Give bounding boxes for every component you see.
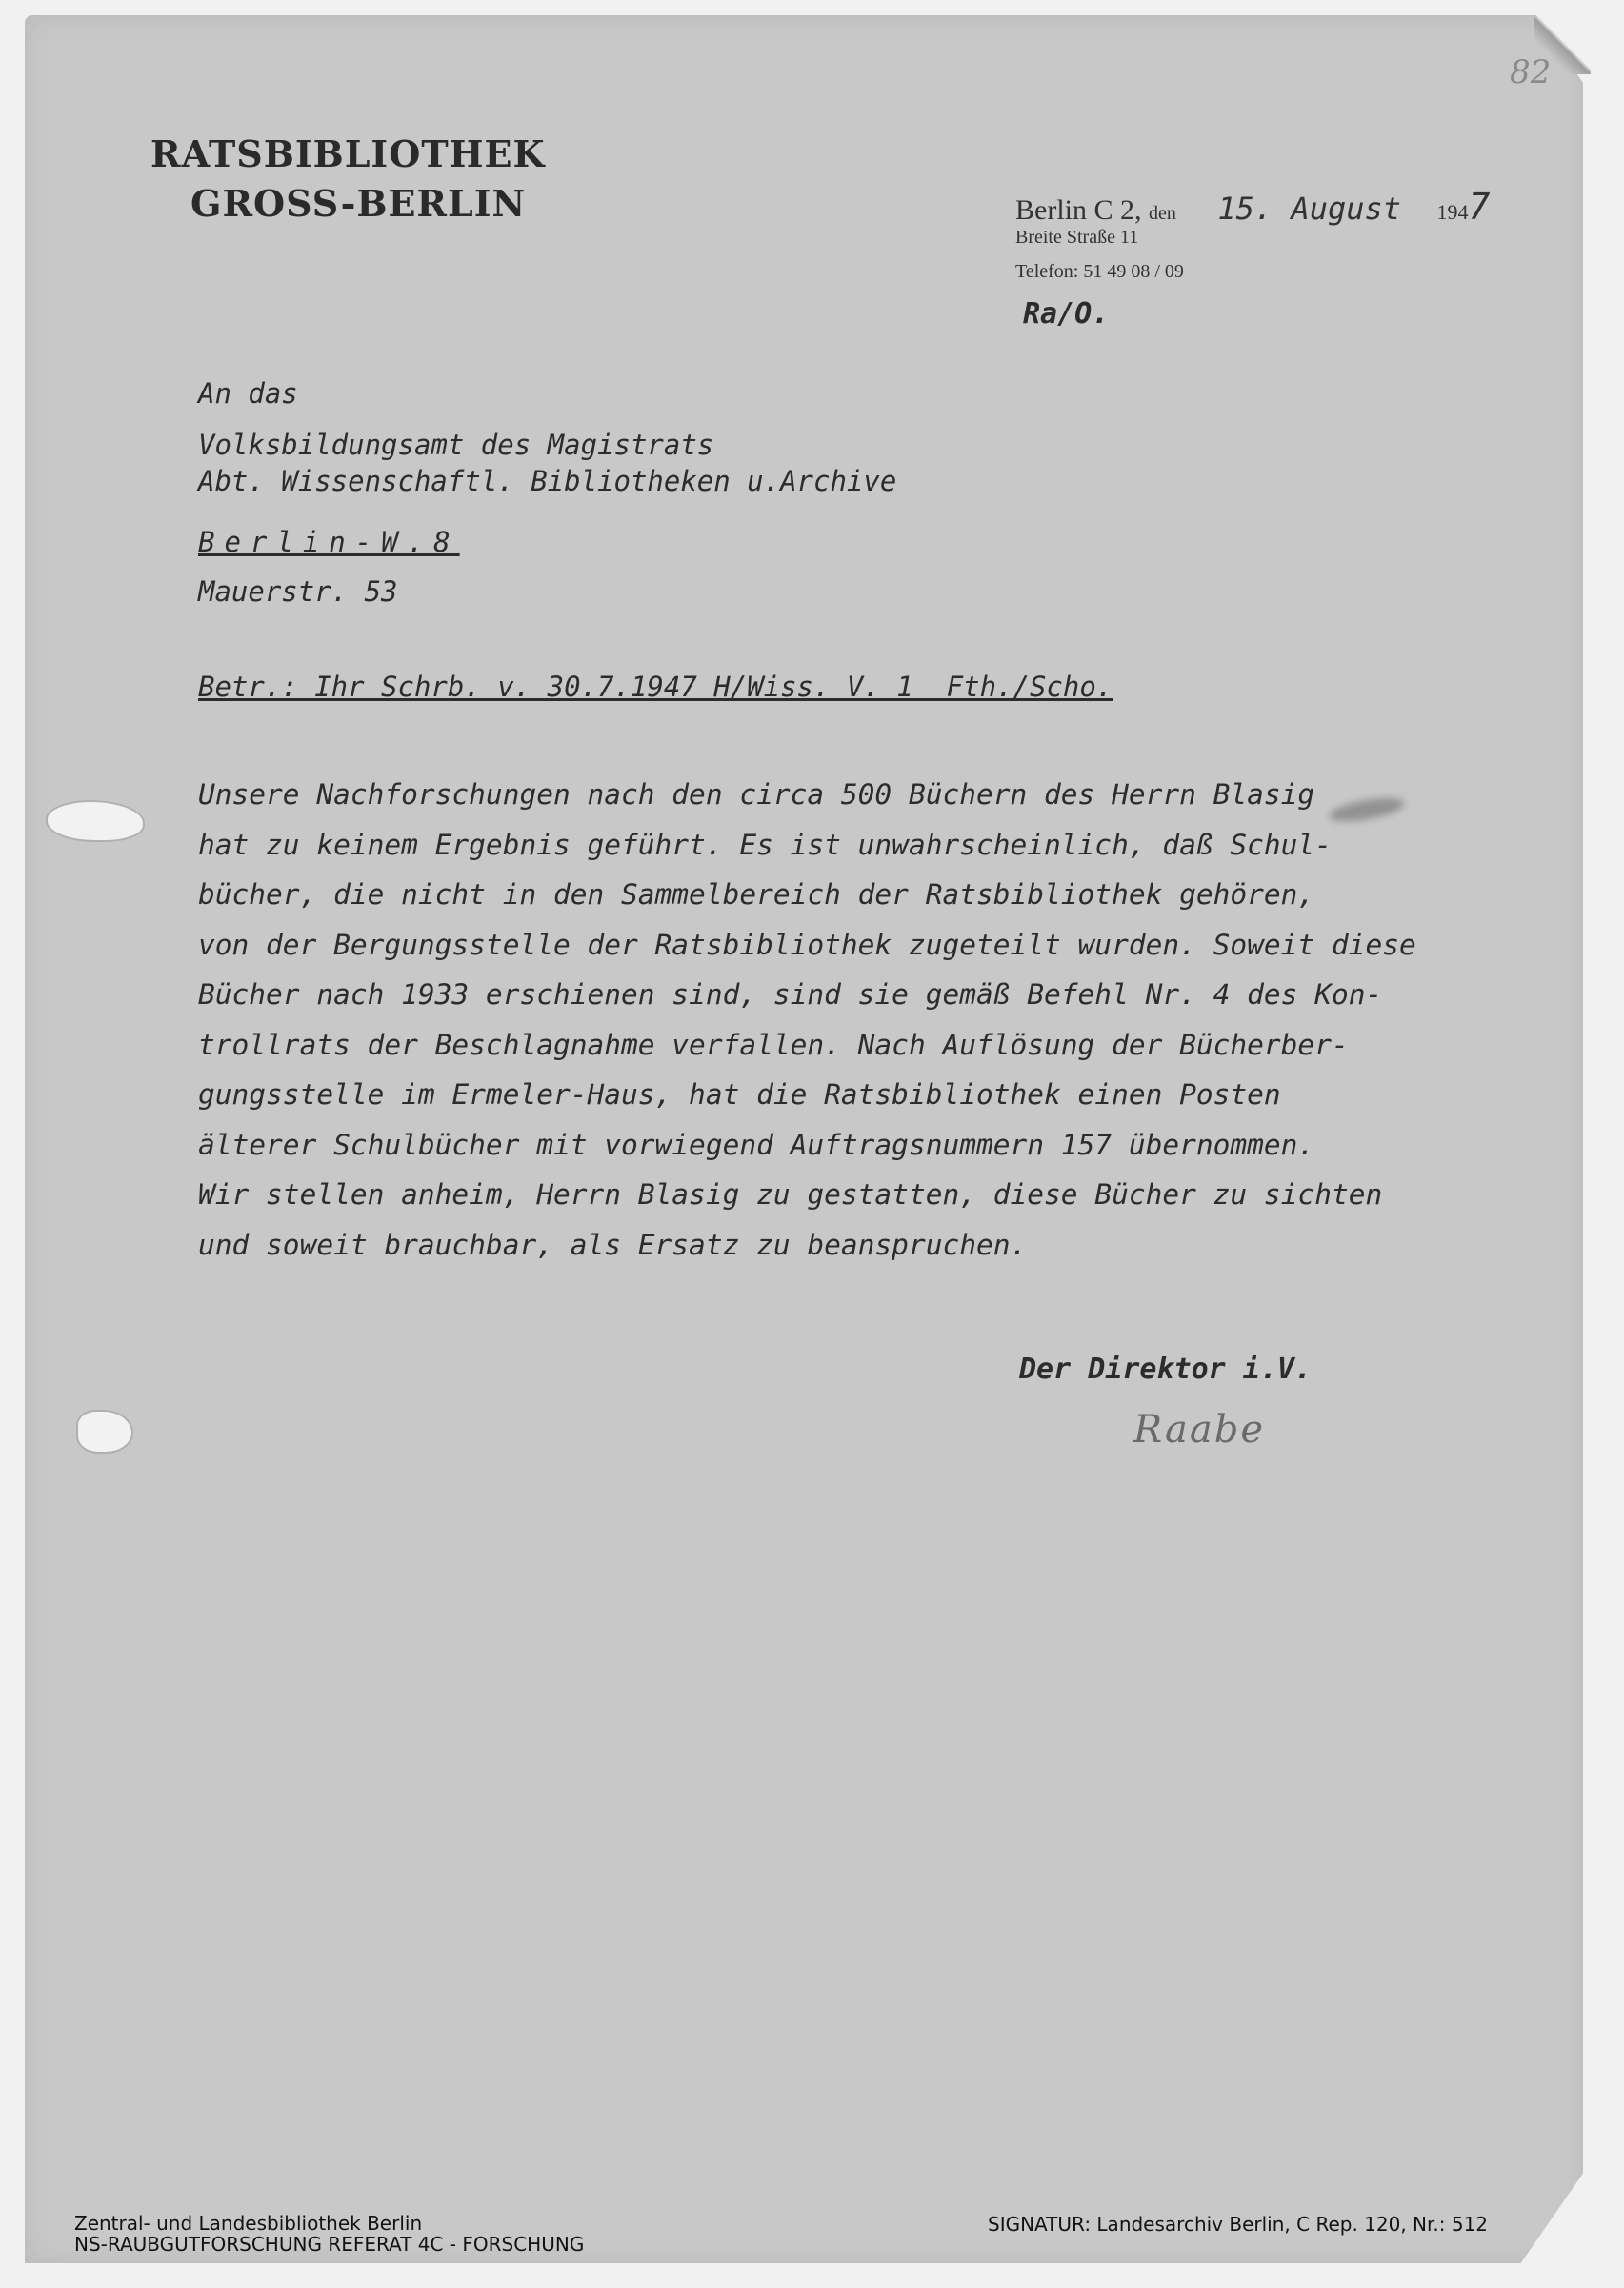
body-line: älterer Schulbücher mit vorwiegend Auftr… bbox=[198, 1120, 1579, 1171]
reference-mark: Ra/O. bbox=[1023, 297, 1109, 331]
recipient-line1: Volksbildungsamt des Magistrats bbox=[198, 429, 713, 461]
body-line: bücher, die nicht in den Sammelbereich d… bbox=[198, 870, 1579, 920]
recipient-line2: Abt. Wissenschaftl. Bibliotheken u.Archi… bbox=[198, 465, 896, 497]
folio-number: 82 bbox=[1510, 53, 1551, 91]
year-typed: 7 bbox=[1469, 186, 1491, 228]
letterhead-line2: GROSS-BERLIN bbox=[150, 179, 545, 229]
footer-signature-ref: SIGNATUR: Landesarchiv Berlin, C Rep. 12… bbox=[988, 2213, 1488, 2236]
body-line: gungsstelle im Ermeler-Haus, hat die Rat… bbox=[198, 1070, 1579, 1120]
letterhead: RATSBIBLIOTHEK GROSS-BERLIN bbox=[150, 130, 545, 229]
body-line: Unsere Nachforschungen nach den circa 50… bbox=[198, 770, 1579, 820]
body-line: Bücher nach 1933 erschienen sind, sind s… bbox=[198, 970, 1579, 1020]
sender-telephone: Telefon: 51 49 08 / 09 bbox=[1015, 261, 1184, 283]
footer-institution: Zentral- und Landesbibliothek Berlin bbox=[74, 2213, 584, 2234]
subject-line: Betr.: Ihr Schrb. v. 30.7.1947 H/Wiss. V… bbox=[198, 671, 1113, 703]
footer-department: NS-RAUBGUTFORSCHUNG REFERAT 4C - FORSCHU… bbox=[74, 2234, 584, 2255]
recipient-salutation: An das bbox=[198, 377, 298, 410]
year-printed: 194 bbox=[1437, 200, 1469, 224]
place: Berlin C 2, bbox=[1015, 194, 1142, 226]
recipient-city: Berlin-W.8 bbox=[198, 526, 460, 558]
body-line: von der Bergungsstelle der Ratsbibliothe… bbox=[198, 920, 1579, 971]
body-line: und soweit brauchbar, als Ersatz zu bean… bbox=[198, 1220, 1579, 1271]
closing: Der Direktor i.V. bbox=[1019, 1353, 1312, 1386]
sender-street: Breite Straße 11 bbox=[1015, 227, 1138, 249]
body-line: Wir stellen anheim, Herrn Blasig zu gest… bbox=[198, 1170, 1579, 1220]
letter-body: Unsere Nachforschungen nach den circa 50… bbox=[198, 770, 1579, 1270]
body-line: trollrats der Beschlagnahme verfallen. N… bbox=[198, 1020, 1579, 1071]
punch-hole bbox=[46, 800, 145, 842]
punch-hole bbox=[76, 1410, 133, 1454]
letterhead-line1: RATSBIBLIOTHEK bbox=[150, 130, 545, 179]
body-line: hat zu keinem Ergebnis geführt. Es ist u… bbox=[198, 820, 1579, 871]
footer-left: Zentral- und Landesbibliothek Berlin NS-… bbox=[74, 2213, 584, 2255]
date-typed: 15. August bbox=[1217, 191, 1401, 227]
place-date-line: Berlin C 2, den 15. August 1947 bbox=[1015, 186, 1490, 228]
recipient-street: Mauerstr. 53 bbox=[198, 575, 398, 608]
signature: Raabe bbox=[1133, 1408, 1265, 1452]
den-label: den bbox=[1149, 203, 1176, 224]
